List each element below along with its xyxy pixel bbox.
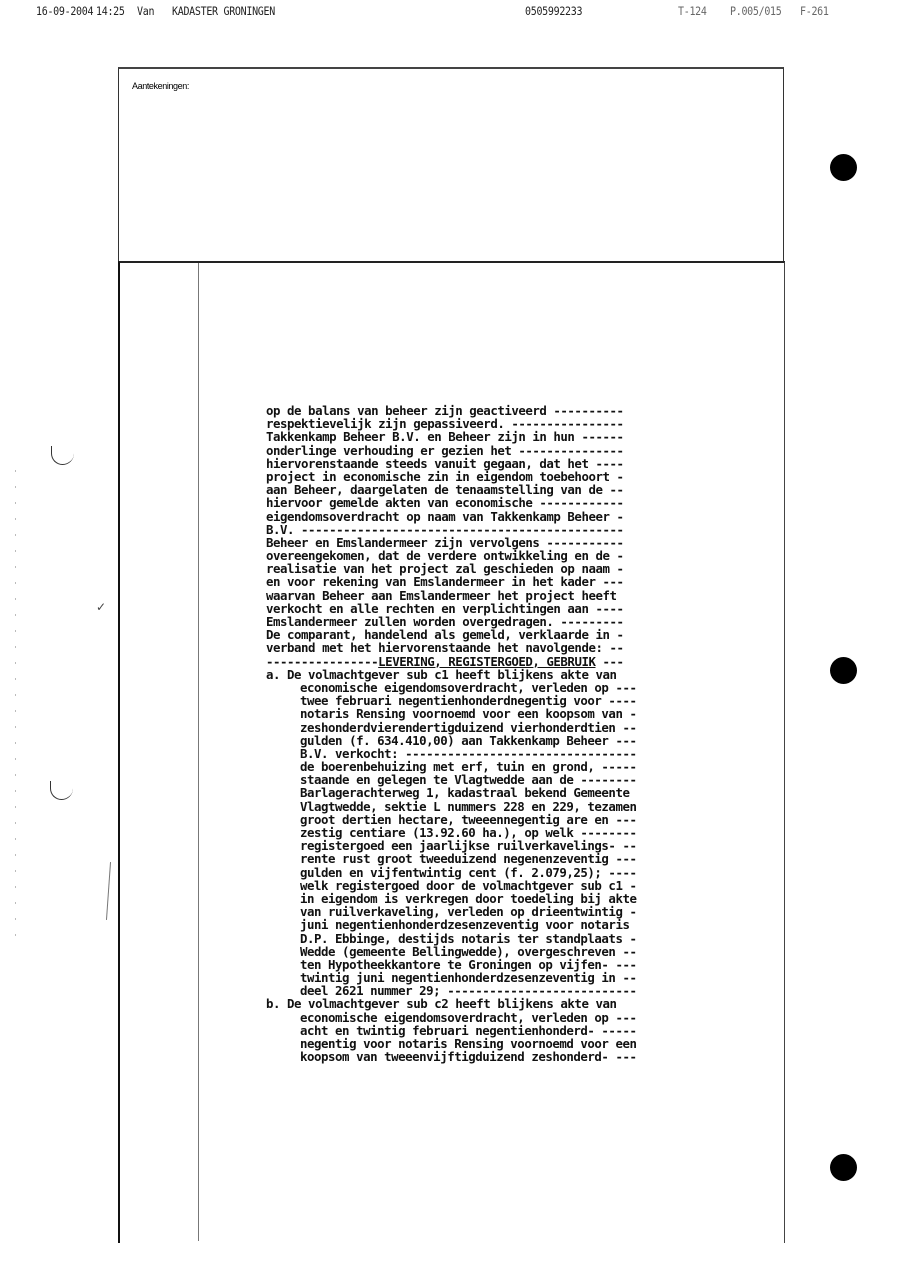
fax-from-label: Van: [137, 6, 154, 19]
text-line: B.V. -----------------------------------…: [266, 523, 766, 536]
text-line: hiervoor gemelde akten van economische -…: [266, 496, 766, 509]
item-b-first-line: b. De volmachtgever sub c2 heeft blijken…: [266, 997, 766, 1010]
text-line: waarvan Beheer aan Emslandermeer het pro…: [266, 589, 766, 602]
fax-time: 14:25: [96, 6, 125, 19]
text-line: onderlinge verhouding er gezien het ----…: [266, 444, 766, 457]
fax-sender: KADASTER GRONINGEN: [172, 6, 275, 19]
item-b-line: economische eigendomsoverdracht, verlede…: [266, 1011, 766, 1024]
fax-transmission-header: 16-09-2004 14:25 Van KADASTER GRONINGEN …: [0, 6, 900, 24]
item-a-line: welk registergoed door de volmachtgever …: [266, 879, 766, 892]
punch-hole-icon: [830, 657, 857, 684]
text-line: hiervorenstaande steeds vanuit gegaan, d…: [266, 457, 766, 470]
punch-hole-icon: [830, 154, 857, 181]
section-heading: ----------------LEVERING, REGISTERGOED, …: [266, 655, 766, 668]
item-a-line: rente rust groot tweeduizend negenenzeve…: [266, 852, 766, 865]
item-a-line: juni negentienhonderdzesenzeventig voor …: [266, 918, 766, 931]
notes-label: Aantekeningen:: [132, 81, 189, 91]
item-a-line: Vlagtwedde, sektie L nummers 228 en 229,…: [266, 800, 766, 813]
scan-artifact-dots: [15, 470, 16, 950]
binder-ring-mark-icon: [50, 781, 73, 800]
item-a-line: Wedde (gemeente Bellingwedde), overgesch…: [266, 945, 766, 958]
item-a-first-line: a. De volmachtgever sub c1 heeft blijken…: [266, 668, 766, 681]
checkmark-icon: ✓: [96, 600, 106, 614]
item-a-line: zeshonderdvierendertigduizend vierhonder…: [266, 721, 766, 734]
deed-body-text: op de balans van beheer zijn geactiveerd…: [266, 404, 766, 1063]
item-b-line: koopsom van tweeenvijftigduizend zeshond…: [266, 1050, 766, 1063]
fax-job-id: F-261: [800, 6, 829, 19]
text-line: Takkenkamp Beheer B.V. en Beheer zijn in…: [266, 430, 766, 443]
text-line: en voor rekening van Emslandermeer in he…: [266, 575, 766, 588]
margin-rule: [198, 263, 199, 1241]
item-a-line: gulden en vijfentwintig cent (f. 2.079,2…: [266, 866, 766, 879]
text-line: eigendomsoverdracht op naam van Takkenka…: [266, 510, 766, 523]
notes-box: Aantekeningen:: [118, 67, 784, 261]
fax-date: 16-09-2004: [36, 6, 93, 19]
item-a-line: Barlagerachterweg 1, kadastraal bekend G…: [266, 786, 766, 799]
item-a-line: gulden (f. 634.410,00) aan Takkenkamp Be…: [266, 734, 766, 747]
item-a-line: notaris Rensing voornoemd voor een koops…: [266, 707, 766, 720]
pen-stroke-mark: [106, 862, 111, 920]
fax-transaction-id: T-124: [678, 6, 707, 19]
punch-hole-icon: [830, 1154, 857, 1181]
fax-phone: 0505992233: [525, 6, 582, 19]
binder-ring-mark-icon: [51, 446, 74, 465]
item-a-line: D.P. Ebbinge, destijds notaris ter stand…: [266, 932, 766, 945]
fax-page-count: P.005/015: [730, 6, 782, 19]
